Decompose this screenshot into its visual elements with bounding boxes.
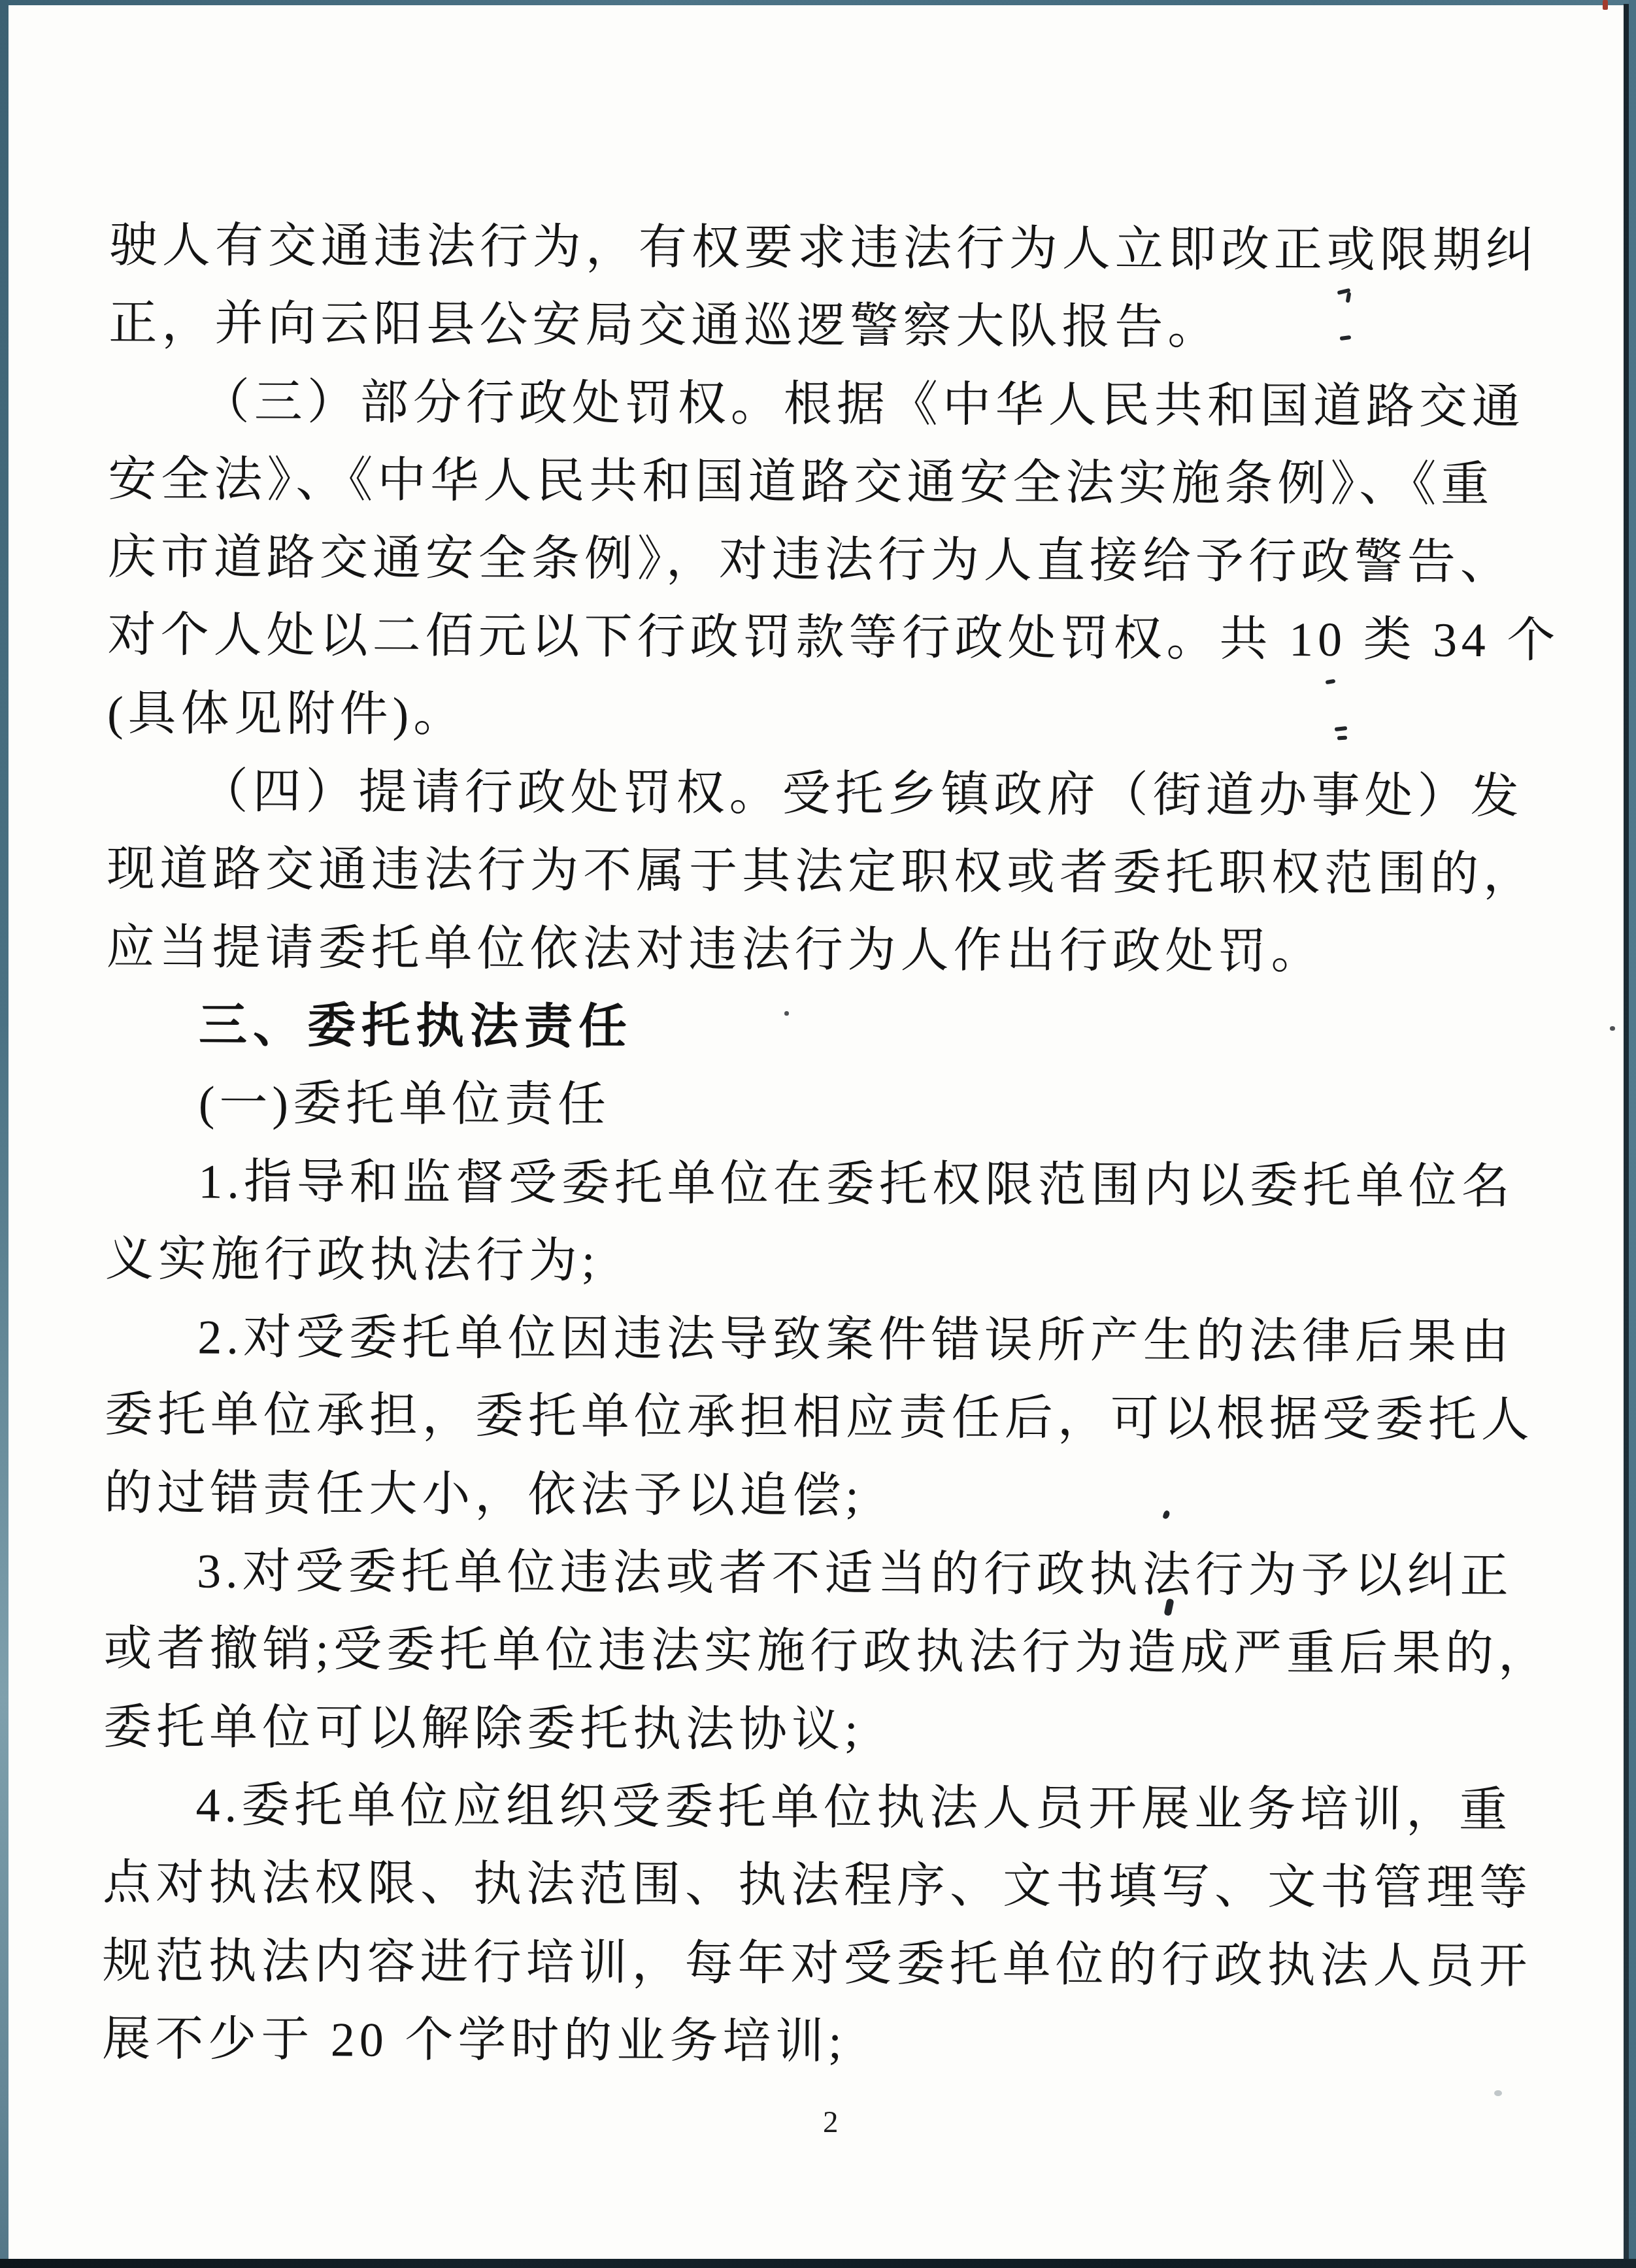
text-line: 应当提请委托单位依法对违法行为人作出行政处罚。	[106, 909, 1544, 993]
text-line: 或者撤销;受委托单位违法实施行政执法行为造成严重后果的，	[103, 1610, 1541, 1694]
text-line: 点对执法权限、执法范围、执法程序、文书填写、文书管理等	[103, 1844, 1541, 1928]
text-line: 3.对受委托单位违法或者不适当的行政执法行为予以纠正	[104, 1533, 1542, 1616]
text-line: 的过错责任大小，依法予以追偿;	[104, 1455, 1542, 1539]
text-line: （三）部分行政处罚权。根据《中华人民共和国道路交通	[109, 363, 1546, 447]
scan-edge-right	[1629, 0, 1636, 2268]
subsection-heading: (一)委托单位责任	[106, 1065, 1544, 1148]
text-line: 委托单位可以解除委托执法协议;	[103, 1689, 1541, 1773]
scan-speck	[1610, 1026, 1615, 1031]
page-number: 2	[823, 2105, 839, 2140]
scan-speck	[784, 1011, 789, 1016]
text-line: 规范执法内容进行培训，每年对受委托单位的行政执法人员开	[102, 1923, 1540, 2007]
text-line: 安全法》、《中华人民共和国道路交通安全法实施条例》、《重	[108, 441, 1546, 525]
text-line: 庆市道路交通安全条例》，对违法行为人直接给予行政警告、	[108, 519, 1546, 603]
text-line: 驶人有交通违法行为，有权要求违法行为人立即改正或限期纠	[109, 207, 1547, 291]
text-line: 现道路交通违法行为不属于其法定职权或者委托职权范围的，	[107, 831, 1544, 914]
text-line: (具体见附件)。	[107, 675, 1545, 759]
text-line: 展不少于 20 个学时的业务培训;	[102, 2001, 1540, 2084]
section-heading: 三、委托执法责任	[106, 987, 1544, 1071]
scanned-page: 驶人有交通违法行为，有权要求违法行为人立即改正或限期纠 正，并向云阳县公安局交通…	[0, 0, 1636, 2268]
scan-speck	[1494, 2090, 1502, 2096]
document-paper: 驶人有交通违法行为，有权要求违法行为人立即改正或限期纠 正，并向云阳县公安局交通…	[8, 5, 1624, 2259]
scan-speck	[1337, 735, 1347, 740]
scan-artifact-red-icon	[1603, 0, 1608, 10]
scan-edge-bottom	[0, 2259, 1636, 2268]
scan-edge-left	[0, 0, 8, 2268]
text-line: 义实施行政执法行为;	[105, 1221, 1543, 1305]
document-body: 驶人有交通违法行为，有权要求违法行为人立即改正或限期纠 正，并向云阳县公安局交通…	[102, 207, 1547, 2084]
text-line: 对个人处以二佰元以下行政罚款等行政处罚权。共 10 类 34 个	[107, 597, 1545, 680]
text-line: 委托单位承担，委托单位承担相应责任后，可以根据受委托人	[105, 1376, 1543, 1460]
text-line: 1.指导和监督受委托单位在委托权限范围内以委托单位名	[105, 1143, 1543, 1227]
text-line: 正，并向云阳县公安局交通巡逻警察大队报告。	[109, 285, 1546, 369]
text-line: 2.对受委托单位因违法导致案件错误所产生的法律后果由	[105, 1299, 1543, 1382]
scan-edge-top	[0, 0, 1636, 5]
text-line: 4.委托单位应组织受委托单位执法人员开展业务培训，重	[103, 1767, 1541, 1850]
text-line: （四）提请行政处罚权。受托乡镇政府（街道办事处）发	[107, 753, 1544, 837]
